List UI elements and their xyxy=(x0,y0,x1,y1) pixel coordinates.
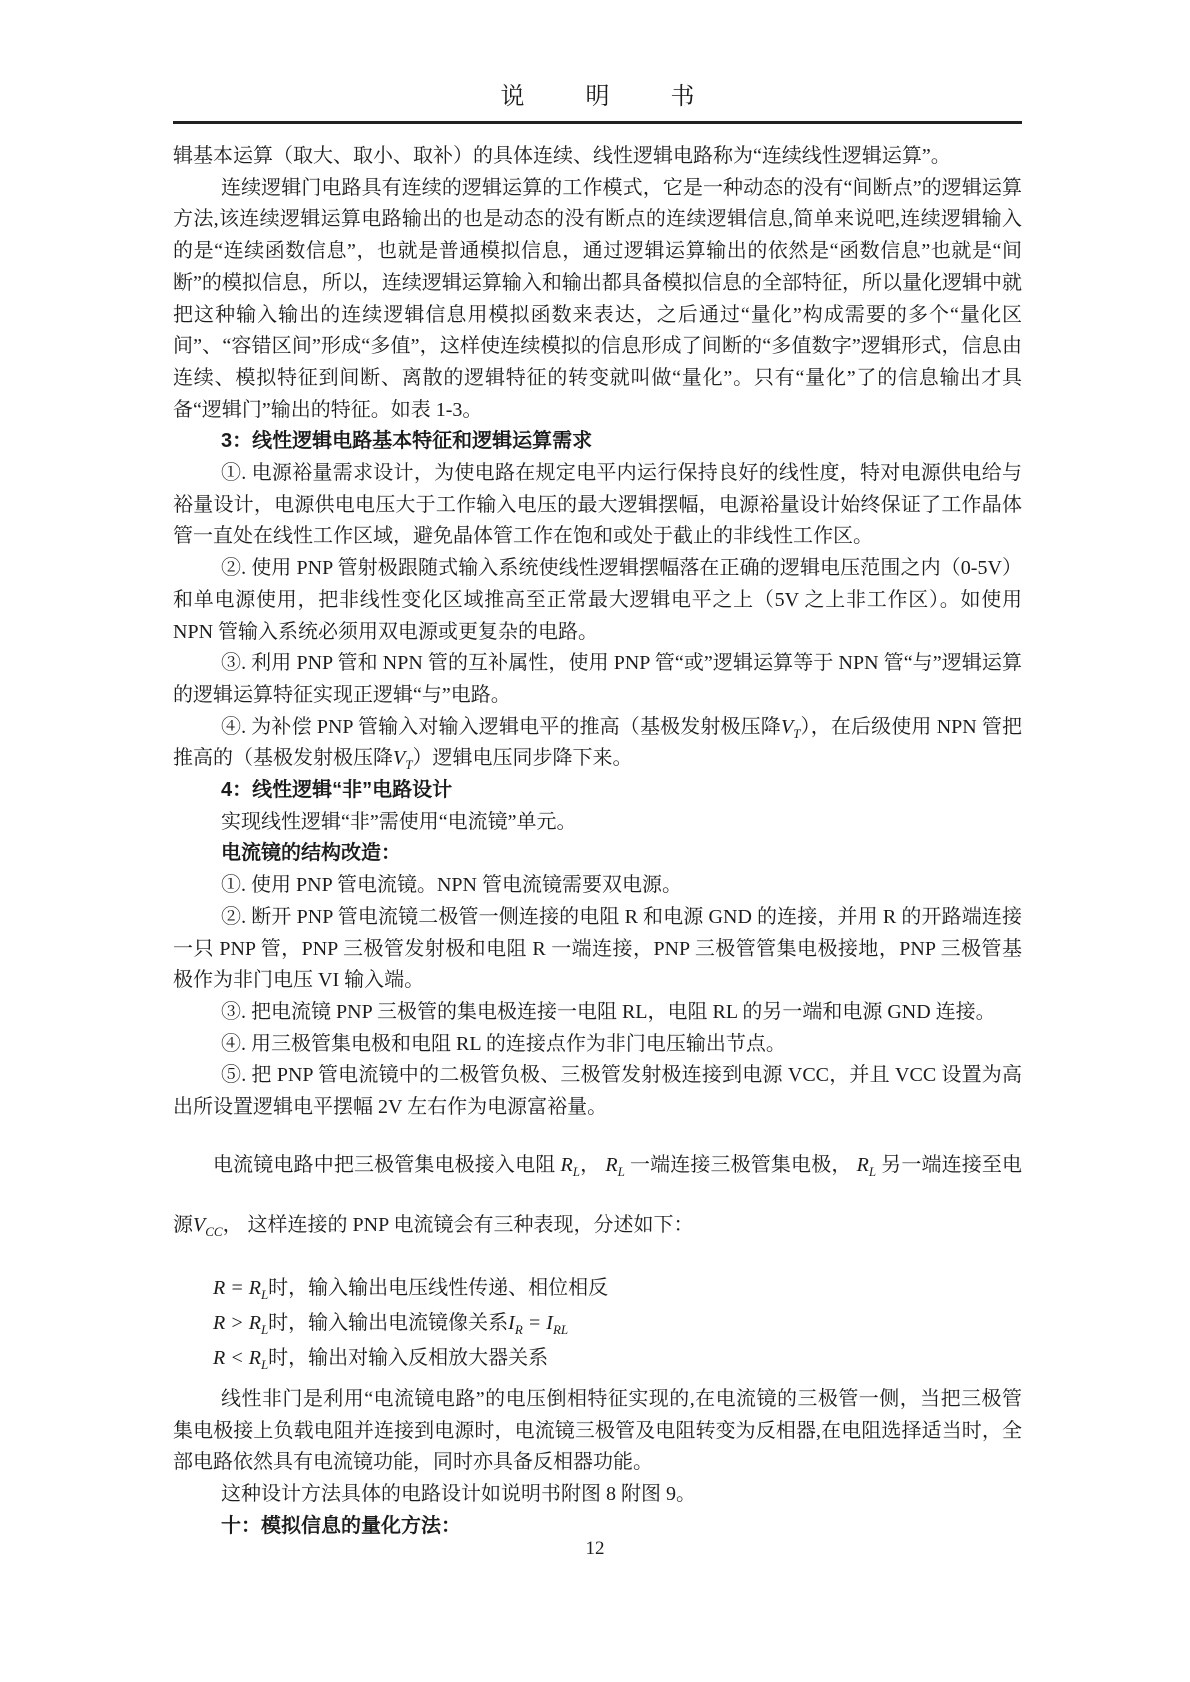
math-variable: V xyxy=(781,716,793,738)
math-variable: = xyxy=(523,1312,547,1334)
section-heading: 4：线性逻辑“非”电路设计 xyxy=(173,775,1022,807)
text-run: 线性非门是利用“电流镜电路”的电压倒相特征实现的,在电流镜的三极管一侧，当把三极… xyxy=(173,1388,1022,1473)
paragraph: R > RL时，输入输出电流镜像关系IR = IRL xyxy=(173,1306,1022,1341)
math-variable: R xyxy=(857,1154,869,1176)
text-run: 十：模拟信息的量化方法： xyxy=(221,1515,461,1537)
math-variable: R xyxy=(213,1312,225,1334)
text-run: ⑤. 把 PNP 管电流镜中的二极管负极、三极管发射极连接到电源 VCC，并且 … xyxy=(173,1064,1022,1118)
text-run: 辑基本运算（取大、取小、取补）的具体连续、线性逻辑电路称为“连续线性逻辑运算”。 xyxy=(173,145,951,167)
math-variable: R xyxy=(605,1154,617,1176)
text-run: 这种设计方法具体的电路设计如说明书附图 8 附图 9。 xyxy=(221,1483,696,1505)
text-run: ③. 把电流镜 PNP 三极管的集电极连接一电阻 RL，电阻 RL 的另一端和电… xyxy=(221,1001,996,1023)
paragraph: ②. 使用 PNP 管射极跟随式输入系统使线性逻辑摆幅落在正确的逻辑电压范围之内… xyxy=(173,553,1022,648)
text-run: ②. 断开 PNP 管电流镜二极管一侧连接的电阻 R 和电源 GND 的连接，并… xyxy=(173,906,1022,991)
text-run: 一端连接三极管集电极， xyxy=(625,1154,857,1176)
page-number: 12 xyxy=(586,1538,605,1559)
paragraph: 连续逻辑门电路具有连续的逻辑运算的工作模式，它是一种动态的没有“间断点”的逻辑运… xyxy=(173,173,1022,427)
paragraph: 线性非门是利用“电流镜电路”的电压倒相特征实现的,在电流镜的三极管一侧，当把三极… xyxy=(173,1384,1022,1479)
text-run: ②. 使用 PNP 管射极跟随式输入系统使线性逻辑摆幅落在正确的逻辑电压范围之内… xyxy=(173,557,1022,642)
text-run: 连续逻辑门电路具有连续的逻辑运算的工作模式，它是一种动态的没有“间断点”的逻辑运… xyxy=(173,177,1022,421)
text-run: ， 这样连接的 PNP 电流镜会有三种表现，分述如下： xyxy=(223,1214,694,1236)
math-variable: L xyxy=(573,1164,580,1179)
paragraph: ③. 把电流镜 PNP 三极管的集电极连接一电阻 RL，电阻 RL 的另一端和电… xyxy=(173,997,1022,1029)
text-run: 时，输入输出电压线性传递、相位相反 xyxy=(268,1277,608,1299)
math-variable: L xyxy=(618,1164,625,1179)
text-run: ， xyxy=(580,1154,605,1176)
math-variable: I xyxy=(508,1312,515,1334)
document-page: 说明书 辑基本运算（取大、取小、取补）的具体连续、线性逻辑电路称为“连续线性逻辑… xyxy=(0,0,1190,1682)
section-heading: 3：线性逻辑电路基本特征和逻辑运算需求 xyxy=(173,426,1022,458)
text-run: ③. 利用 PNP 管和 NPN 管的互补属性，使用 PNP 管“或”逻辑运算等… xyxy=(173,652,1022,706)
math-variable: L xyxy=(869,1164,876,1179)
math-variable: V xyxy=(193,1214,205,1236)
paragraph: 这种设计方法具体的电路设计如说明书附图 8 附图 9。 xyxy=(173,1479,1022,1511)
math-variable: I xyxy=(546,1312,553,1334)
page-header: 说明书 xyxy=(173,82,1022,124)
paragraph: ②. 断开 PNP 管电流镜二极管一侧连接的电阻 R 和电源 GND 的连接，并… xyxy=(173,902,1022,997)
text-run: 时，输出对输入反相放大器关系 xyxy=(268,1347,548,1369)
text-run: 实现线性逻辑“非”需使用“电流镜”单元。 xyxy=(221,811,577,833)
math-variable: CC xyxy=(205,1224,222,1239)
math-variable: > xyxy=(225,1312,249,1334)
paragraph: 实现线性逻辑“非”需使用“电流镜”单元。 xyxy=(173,807,1022,839)
text-run: 电流镜的结构改造： xyxy=(221,842,401,864)
math-variable: V xyxy=(393,747,405,769)
document-body: 辑基本运算（取大、取小、取补）的具体连续、线性逻辑电路称为“连续线性逻辑运算”。… xyxy=(173,141,1022,1542)
text-run: 电流镜电路中把三极管集电极接入电阻 xyxy=(213,1154,560,1176)
math-variable: R xyxy=(249,1312,261,1334)
paragraph: R < RL时，输出对输入反相放大器关系 xyxy=(173,1341,1022,1376)
math-variable: R xyxy=(515,1322,523,1337)
math-variable: R xyxy=(213,1277,225,1299)
math-variable: R xyxy=(213,1347,225,1369)
math-variable: R xyxy=(249,1347,261,1369)
paragraph: ①. 电源裕量需求设计，为使电路在规定电平内运行保持良好的线性度，特对电源供电给… xyxy=(173,458,1022,553)
section-heading: 电流镜的结构改造： xyxy=(173,838,1022,870)
text-run: ①. 使用 PNP 管电流镜。NPN 管电流镜需要双电源。 xyxy=(221,874,682,896)
paragraph: ③. 利用 PNP 管和 NPN 管的互补属性，使用 PNP 管“或”逻辑运算等… xyxy=(173,648,1022,711)
text-run: 4：线性逻辑“非”电路设计 xyxy=(221,779,452,801)
text-run: ④. 为补偿 PNP 管输入对输入逻辑电平的推高（基极发射极压降 xyxy=(221,716,781,738)
paragraph: ④. 用三极管集电极和电阻 RL 的连接点作为非门电压输出节点。 xyxy=(173,1029,1022,1061)
math-variable: R xyxy=(560,1154,572,1176)
page-footer: 12 xyxy=(0,1538,1190,1560)
paragraph: 辑基本运算（取大、取小、取补）的具体连续、线性逻辑电路称为“连续线性逻辑运算”。 xyxy=(173,141,1022,173)
paragraph: 电流镜电路中把三极管集电极接入电阻 RL， RL 一端连接三极管集电极， RL … xyxy=(173,1135,1022,1255)
text-run: ④. 用三极管集电极和电阻 RL 的连接点作为非门电压输出节点。 xyxy=(221,1033,786,1055)
paragraph: ④. 为补偿 PNP 管输入对输入逻辑电平的推高（基极发射极压降VT），在后级使… xyxy=(173,712,1022,775)
text-run: ）逻辑电压同步降下来。 xyxy=(412,747,632,769)
header-rule xyxy=(173,121,1022,124)
math-variable: = xyxy=(225,1277,249,1299)
text-run: 时，输入输出电流镜像关系 xyxy=(268,1312,508,1334)
math-variable: RL xyxy=(553,1322,568,1337)
math-variable: R xyxy=(249,1277,261,1299)
text-run: ①. 电源裕量需求设计，为使电路在规定电平内运行保持良好的线性度，特对电源供电给… xyxy=(173,462,1022,547)
paragraph: ⑤. 把 PNP 管电流镜中的二极管负极、三极管发射极连接到电源 VCC，并且 … xyxy=(173,1060,1022,1123)
paragraph: ①. 使用 PNP 管电流镜。NPN 管电流镜需要双电源。 xyxy=(173,870,1022,902)
text-run: 3：线性逻辑电路基本特征和逻辑运算需求 xyxy=(221,430,592,452)
document-title: 说明书 xyxy=(173,82,1022,112)
paragraph: R = RL时，输入输出电压线性传递、相位相反 xyxy=(173,1271,1022,1306)
math-variable: < xyxy=(225,1347,249,1369)
